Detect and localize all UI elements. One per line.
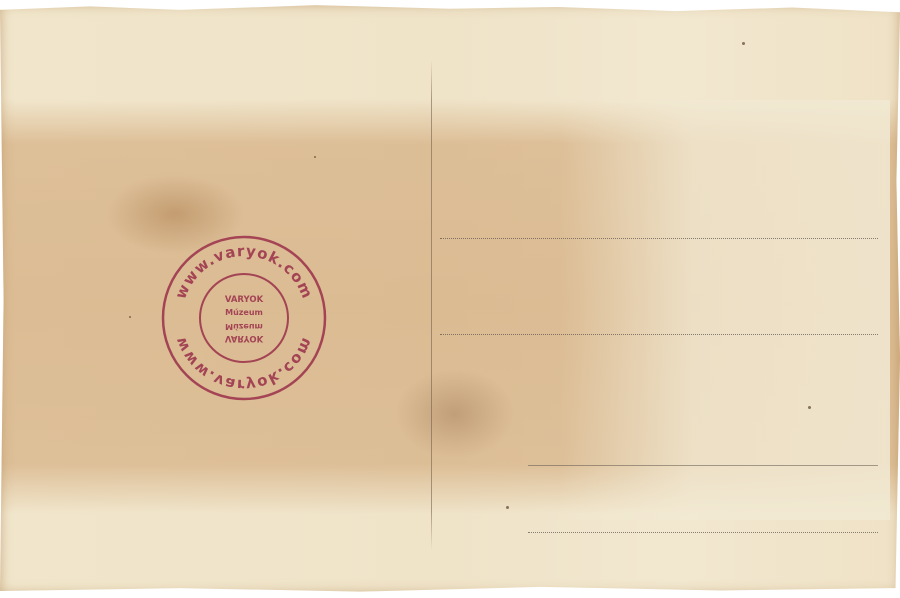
paper-speck	[742, 42, 745, 45]
paper-speck	[506, 506, 509, 509]
postcard-back	[0, 4, 900, 594]
svg-text:www.varyok.com: www.varyok.com	[171, 242, 316, 302]
address-line	[528, 465, 878, 466]
stamp-inner-line-3: Múzeum	[225, 322, 263, 331]
paper-speck	[129, 316, 131, 318]
address-line	[528, 532, 878, 533]
paper-speck	[314, 156, 316, 158]
stamp-graphic: www.varyok.com www.varyok.com VARYOK Múz…	[160, 234, 328, 402]
paper-speck	[808, 406, 811, 409]
address-line	[440, 238, 878, 239]
stamp-inner-line-1: VARYOK	[225, 295, 264, 305]
address-line	[440, 334, 878, 335]
stamp-inner-line-4: VARYOK	[225, 333, 264, 343]
museum-stamp: www.varyok.com www.varyok.com VARYOK Múz…	[160, 234, 328, 402]
stamp-outer-text-top: www.varyok.com	[171, 242, 316, 302]
stamp-inner-line-2: Múzeum	[225, 308, 263, 317]
center-divider-line	[431, 60, 432, 550]
